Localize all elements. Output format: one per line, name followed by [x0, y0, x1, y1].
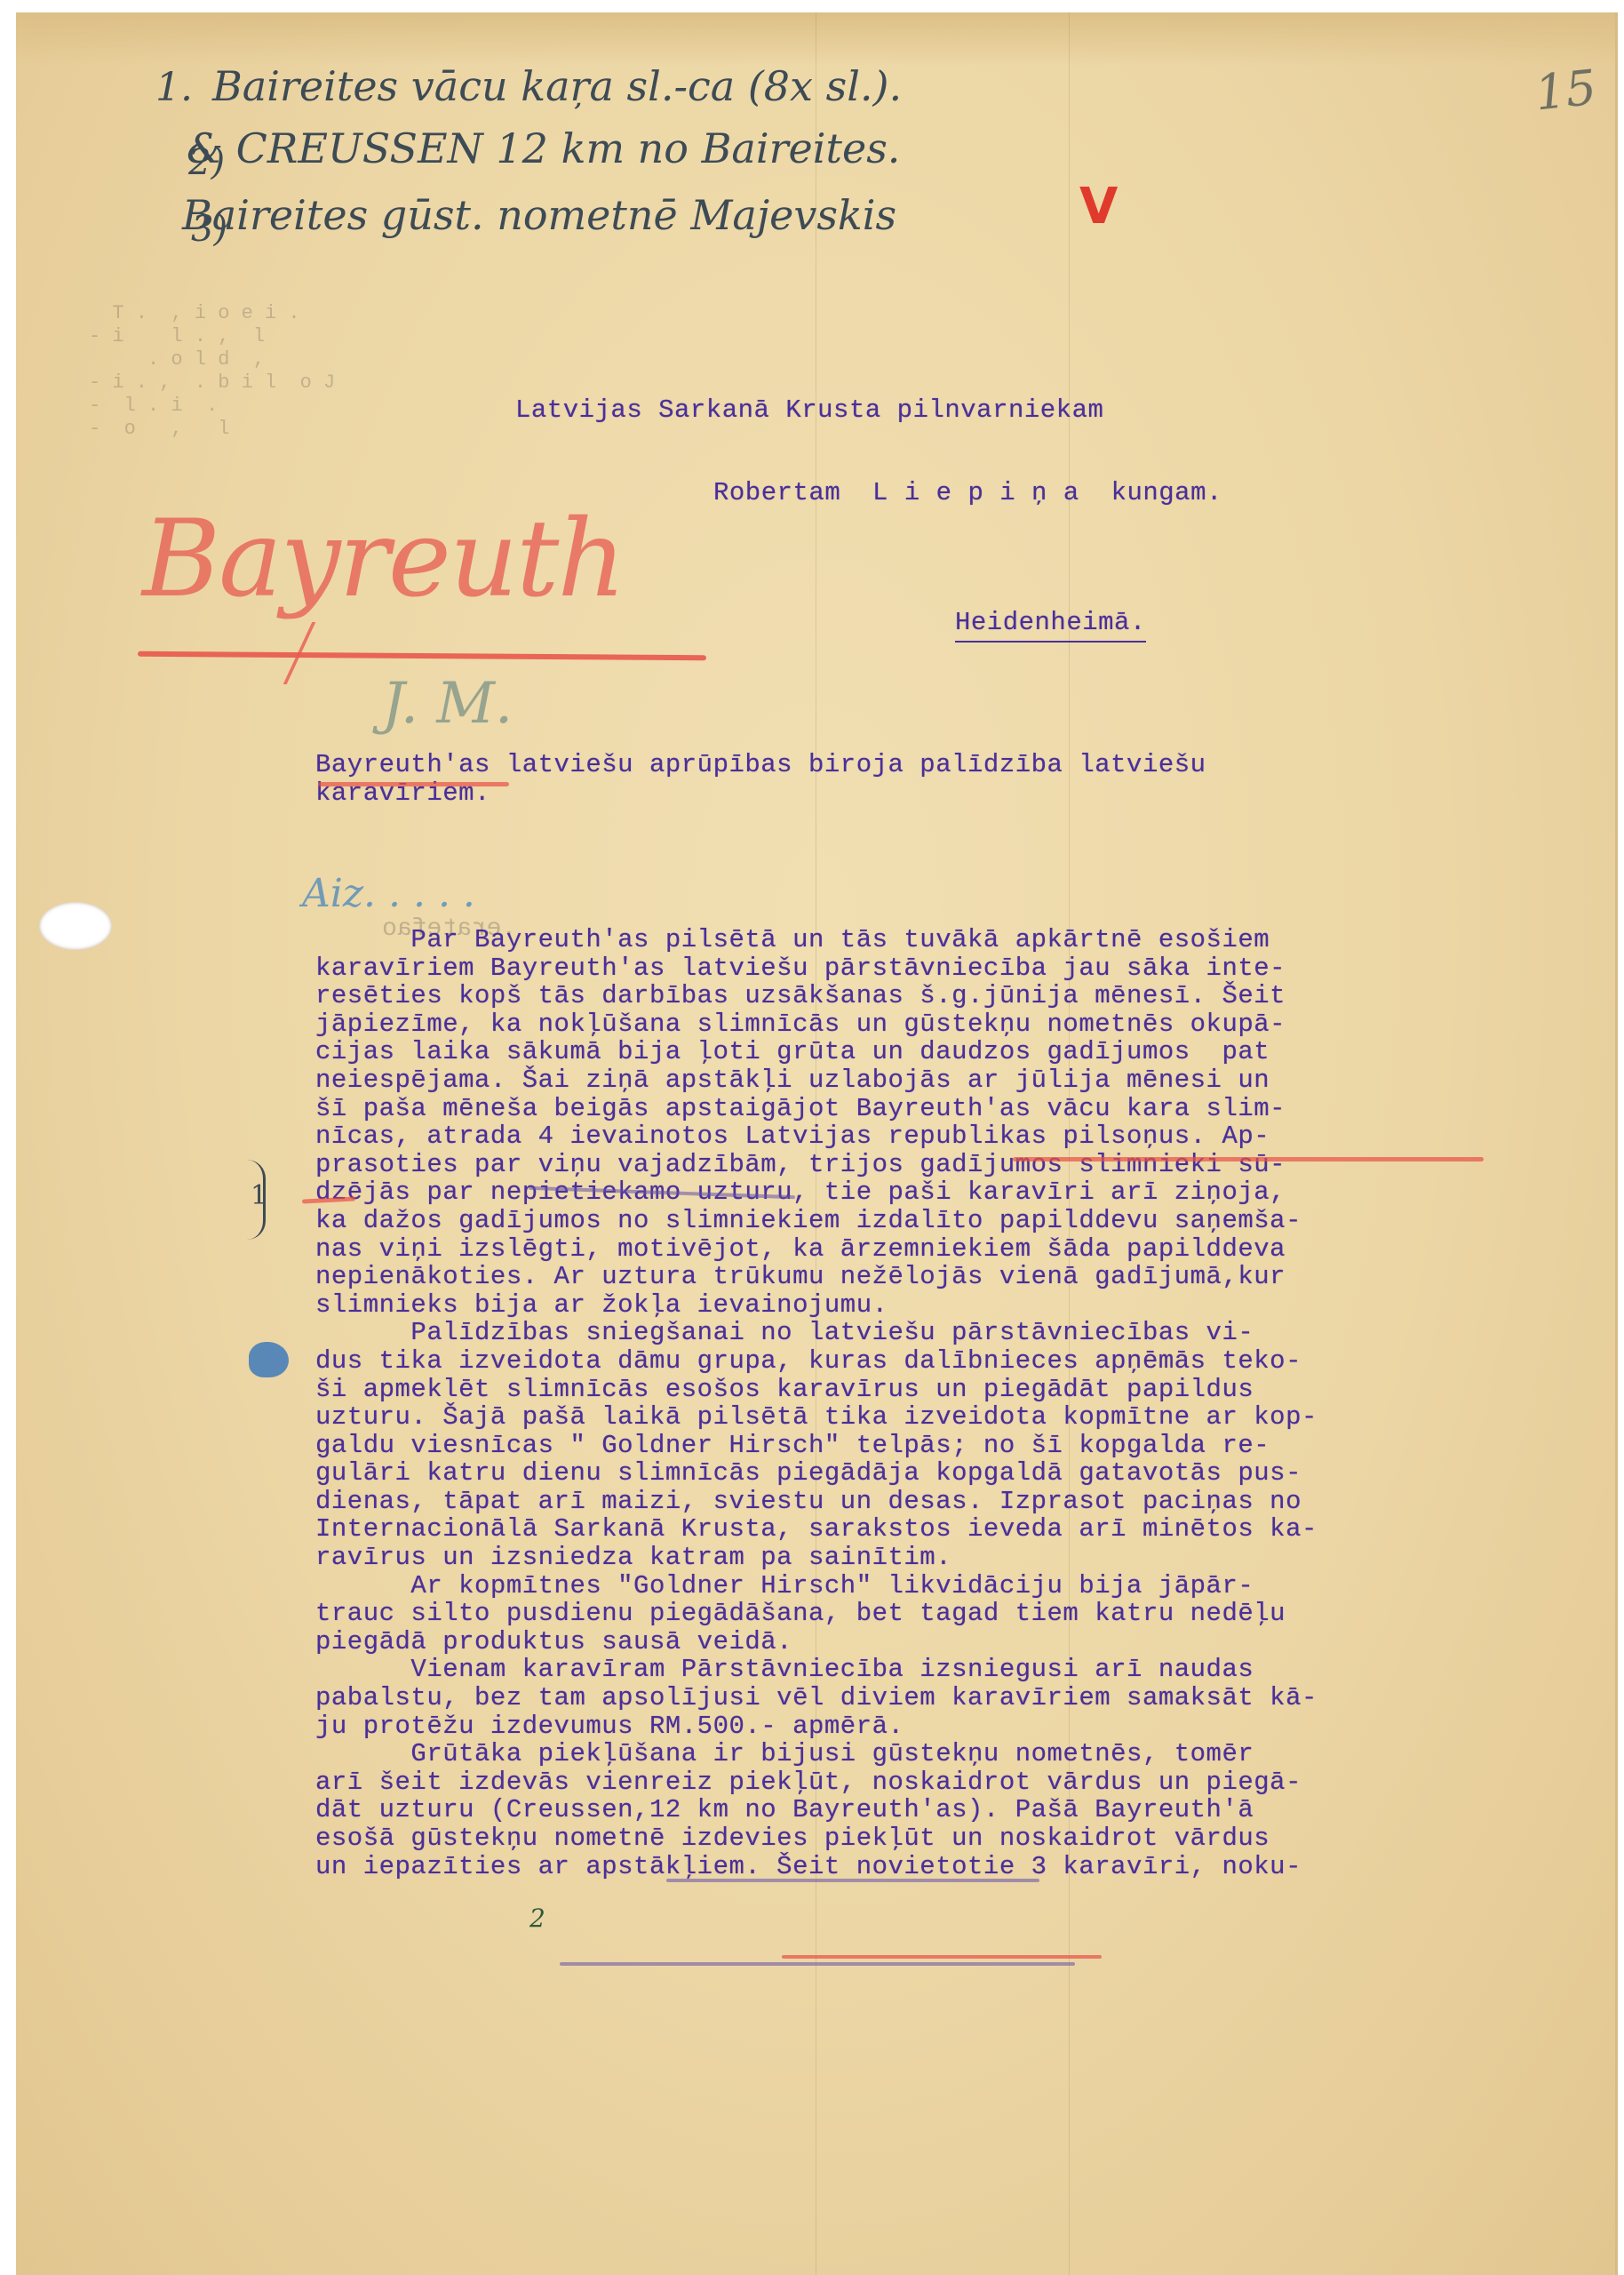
- body-line: ju protēžu izdevumus RM.500.- apmērā.: [315, 1712, 1559, 1741]
- note-number: 1.: [155, 65, 193, 110]
- purple-pencil-underline: [560, 1962, 1075, 1966]
- subject-heading: Bayreuth'as latviešu aprūpības biroja pa…: [315, 751, 1470, 808]
- body-line: slimnieks bija ar žokļa ievainojumu.: [315, 1291, 1559, 1320]
- inline-margin-number: 2: [529, 1904, 545, 1933]
- body-line: cijas laika sākumā bija ļoti grūta un da…: [315, 1038, 1559, 1066]
- note-number: 2): [188, 142, 225, 183]
- body-line: dzējās par nepietiekamo uzturu, tie paši…: [315, 1178, 1559, 1207]
- body-line: resēties kopš tās darbības uzsākšanas š.…: [315, 982, 1559, 1010]
- note-text: Baireites vācu kaŗa sl.-ca (8x sl.).: [212, 62, 902, 110]
- margin-number: 1: [251, 1180, 267, 1211]
- body-line: Vienam karavīram Pārstāvniecība izsniegu…: [315, 1656, 1559, 1684]
- note-number: 3): [191, 209, 227, 250]
- red-pencil-annotation: Bayreuth: [142, 498, 625, 621]
- recipient-location: Heidenheimā.: [955, 608, 1146, 643]
- body-line: Ar kopmītnes "Goldner Hirsch" likvidācij…: [315, 1572, 1559, 1600]
- body-line: uzturu. Šajā pašā laikā pilsētā tika izv…: [315, 1403, 1559, 1432]
- ink-blot: [249, 1342, 289, 1377]
- body-line: šī paša mēneša beigās apstaigājot Bayreu…: [315, 1095, 1559, 1123]
- recipient-title: Latvijas Sarkanā Krusta pilnvarniekam: [515, 395, 1103, 425]
- blue-ink-scrawl: Aiz. . . . .: [302, 871, 475, 916]
- recipient-name: Robertam L i e p i ņ a kungam.: [713, 478, 1222, 507]
- body-line: karavīriem Bayreuth'as latviešu pārstāvn…: [315, 954, 1559, 983]
- handwritten-note-2: & CREUSSEN 12 km no Baireites.: [187, 124, 900, 172]
- body-line: nīcas, atrada 4 ievainotos Latvijas repu…: [315, 1122, 1559, 1151]
- body-line: piegādā produktus sausā veidā.: [315, 1628, 1559, 1656]
- red-pencil-underline: [1013, 1157, 1484, 1161]
- body-line: trauc silto pusdienu piegādāšana, bet ta…: [315, 1600, 1559, 1628]
- purple-pencil-underline: [666, 1879, 1039, 1882]
- red-pencil-underline: [318, 782, 509, 786]
- handwritten-note-1: 1.Baireites vācu kaŗa sl.-ca (8x sl.).: [155, 62, 902, 110]
- body-line: Grūtāka piekļūšana ir bijusi gūstekņu no…: [315, 1740, 1559, 1768]
- body-line: Internacionālā Sarkanā Krusta, sarakstos…: [315, 1515, 1559, 1544]
- body-line: ravīrus un izsniedza katram pa sainītim.: [315, 1544, 1559, 1572]
- body-line: arī šeit izdevās vienreiz piekļūt, noska…: [315, 1768, 1559, 1797]
- body-line: Par Bayreuth'as pilsētā un tās tuvākā ap…: [315, 926, 1559, 954]
- body-line: ka dažos gadījumos no slimniekiem izdalī…: [315, 1207, 1559, 1235]
- body-line: Palīdzības sniegšanai no latviešu pārstā…: [315, 1319, 1559, 1347]
- letter-body: Par Bayreuth'as pilsētā un tās tuvākā ap…: [315, 926, 1559, 1880]
- handwritten-note-3: Baireites gūst. nometnē Majevskis: [182, 191, 896, 239]
- body-line: dienas, tāpat arī maizi, sviestu un desa…: [315, 1488, 1559, 1516]
- body-line: prasoties par viņu vajadzībām, trijos ga…: [315, 1151, 1559, 1179]
- pencil-initials: J. M.: [382, 671, 513, 737]
- body-line: dus tika izveidota dāmu grupa, kuras dal…: [315, 1347, 1559, 1376]
- body-line: jāpiezīme, ka nokļūšana slimnīcās un gūs…: [315, 1010, 1559, 1039]
- body-line: un iepazīties ar apstākļiem. Šeit noviet…: [315, 1853, 1559, 1881]
- body-line: ši apmeklēt slimnīcās esošos karavīrus u…: [315, 1376, 1559, 1404]
- body-line: nepienākoties. Ar uztura trūkumu nežēloj…: [315, 1263, 1559, 1291]
- body-line: pabalstu, bez tam apsolījusi vēl diviem …: [315, 1684, 1559, 1712]
- body-line: neiespējama. Šai ziņā apstākļi uzlabojās…: [315, 1066, 1559, 1095]
- red-check-mark-icon: V: [1079, 178, 1118, 235]
- punch-hole: [39, 902, 112, 950]
- body-line: esošā gūstekņu nometnē izdevies piekļūt …: [315, 1824, 1559, 1853]
- ghost-typewriter-impression: T . , i o e i . - i l . , l . o l d , - …: [89, 302, 335, 441]
- page-number: 15: [1532, 60, 1599, 122]
- body-line: galdu viesnīcas " Goldner Hirsch" telpās…: [315, 1432, 1559, 1460]
- body-line: gulāri katru dienu slimnīcās piegādāja k…: [315, 1459, 1559, 1488]
- body-line: dāt uzturu (Creussen,12 km no Bayreuth'a…: [315, 1796, 1559, 1824]
- subject-line: Bayreuth'as latviešu aprūpības biroja pa…: [315, 751, 1470, 779]
- note-text: Baireites gūst. nometnē Majevskis: [182, 191, 896, 239]
- red-pencil-underline: [782, 1955, 1102, 1959]
- body-line: nas viņi izslēgti, motivējot, ka ārzemni…: [315, 1235, 1559, 1264]
- note-text: & CREUSSEN 12 km no Baireites.: [187, 124, 900, 172]
